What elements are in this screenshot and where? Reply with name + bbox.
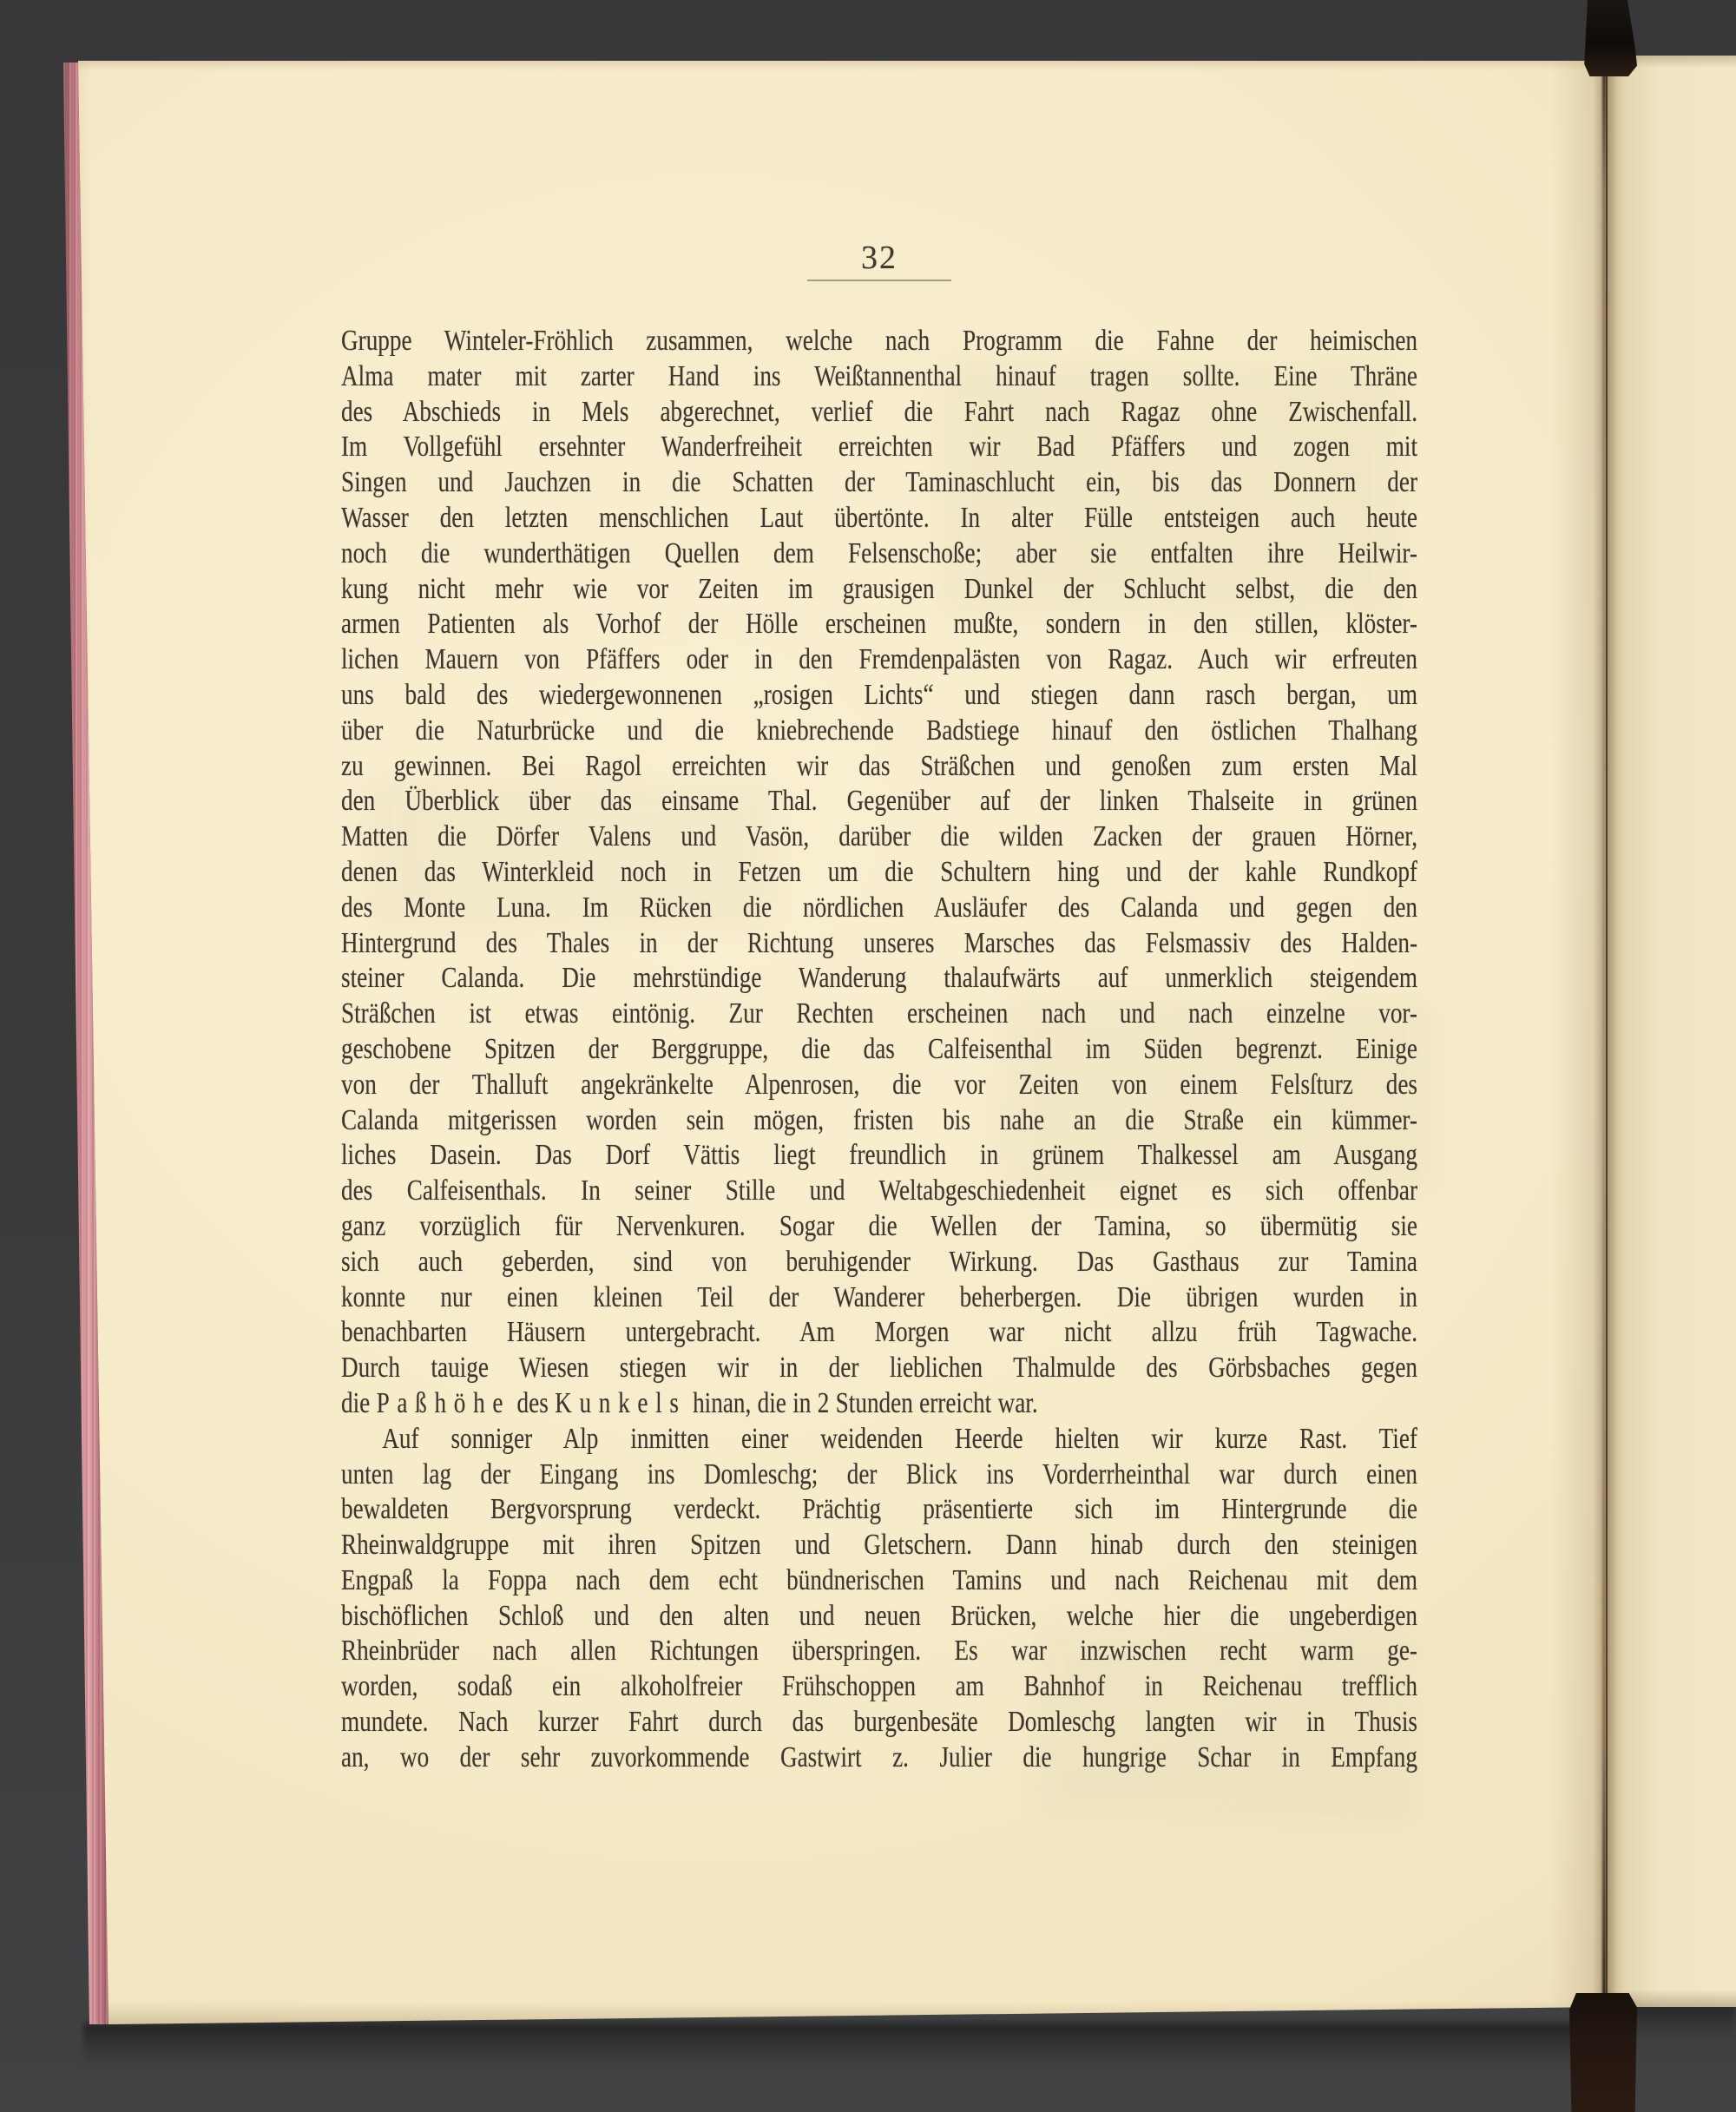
text-segment: hinan, die in 2 Stunden erreicht war. (687, 1387, 1038, 1419)
text-line: Singen und Jauchzen in die Schatten der … (341, 465, 1417, 501)
text-line: Hintergrund des Thales in der Richtung u… (341, 926, 1417, 962)
text-line: des Monte Luna. Im Rücken die nördlichen… (341, 891, 1417, 926)
book-page: 32 Gruppe Winteler-Fröhlich zusammen, we… (63, 61, 1606, 2024)
text-line: an, wo der sehr zuvorkommende Gastwirt z… (341, 1740, 1417, 1776)
text-line: Rheinbrüder nach allen Richtungen übersp… (341, 1634, 1417, 1669)
page-number: 32 (341, 241, 1417, 274)
text-line: noch die wunderthätigen Quellen dem Fels… (341, 536, 1417, 572)
text-line: konnte nur einen kleinen Teil der Wander… (341, 1280, 1417, 1316)
text-line: liches Dasein. Das Dorf Vättis liegt fre… (341, 1138, 1417, 1174)
text-line: Wasser den letzten menschlichen Laut übe… (341, 501, 1417, 536)
text-line: benachbarten Häusern untergebracht. Am M… (341, 1315, 1417, 1351)
text-line: Durch tauige Wiesen stiegen wir in der l… (341, 1351, 1417, 1386)
text-line: denen das Winterkleid noch in Fetzen um … (341, 855, 1417, 891)
text-segment: des (510, 1387, 555, 1419)
text-line: über die Naturbrücke und die kniebrechen… (341, 714, 1417, 749)
spaced-word: Kunkels (555, 1387, 687, 1419)
text-line: Im Vollgefühl ersehnter Wanderfreiheit e… (341, 430, 1417, 465)
text-line: die Paßhöhe des Kunkels hinan, die in 2 … (341, 1386, 1417, 1422)
text-line: sich auch geberden, sind von beruhigende… (341, 1245, 1417, 1280)
text-line: des Abschieds in Mels abgerechnet, verli… (341, 395, 1417, 431)
bookmark-ribbon-top (1583, 0, 1637, 76)
text-line: unten lag der Eingang ins Domleschg; der… (341, 1457, 1417, 1493)
spaced-word: Paßhöhe (377, 1387, 511, 1419)
text-line: mundete. Nach kurzer Fahrt durch das bur… (341, 1705, 1417, 1740)
text-line: worden, sodaß ein alkoholfreier Frühscho… (341, 1669, 1417, 1705)
text-line: von der Thalluft angekränkelte Alpenrose… (341, 1068, 1417, 1103)
page-bottom-shadow (83, 2023, 1606, 2068)
text-line: Auf sonniger Alp inmitten einer weidende… (341, 1422, 1417, 1457)
text-line: Engpaß la Foppa nach dem echt bündnerisc… (341, 1563, 1417, 1599)
text-line: Sträßchen ist etwas eintönig. Zur Rechte… (341, 997, 1417, 1032)
page-number-rule (807, 280, 951, 281)
text-line: lichen Mauern von Pfäffers oder in den F… (341, 642, 1417, 678)
text-block: Gruppe Winteler-Fröhlich zusammen, welch… (341, 324, 1417, 1776)
text-line: Gruppe Winteler-Fröhlich zusammen, welch… (341, 324, 1417, 359)
text-line: steiner Calanda. Die mehrstündige Wander… (341, 961, 1417, 997)
text-line: zu gewinnen. Bei Ragol erreichten wir da… (341, 749, 1417, 785)
text-line: geschobene Spitzen der Berggruppe, die d… (341, 1032, 1417, 1068)
book-gutter-crease (1602, 56, 1606, 2007)
bookmark-ribbon-bottom (1569, 1993, 1637, 2112)
text-line: uns bald des wiedergewonnenen „rosigen L… (341, 678, 1417, 714)
text-line: bewaldeten Bergvorsprung verdeckt. Präch… (341, 1492, 1417, 1528)
text-line: Matten die Dörfer Valens und Vasön, darü… (341, 819, 1417, 855)
text-line: armen Patienten als Vorhof der Hölle ers… (341, 607, 1417, 642)
text-line: den Überblick über das einsame Thal. Geg… (341, 784, 1417, 819)
text-line: kung nicht mehr wie vor Zeiten im grausi… (341, 572, 1417, 608)
text-segment: die (341, 1387, 377, 1419)
text-line: bischöflichen Schloß und den alten und n… (341, 1599, 1417, 1635)
text-line: ganz vorzüglich für Nervenkuren. Sogar d… (341, 1209, 1417, 1245)
text-line: Alma mater mit zarter Hand ins Weißtanne… (341, 359, 1417, 395)
text-line: des Calfeisenthals. In seiner Stille und… (341, 1174, 1417, 1209)
text-line: Calanda mitgerissen worden sein mögen, f… (341, 1103, 1417, 1139)
text-line: Rheinwaldgruppe mit ihren Spitzen und Gl… (341, 1528, 1417, 1563)
next-page-sliver (1608, 56, 1736, 2007)
page-header: 32 (341, 241, 1417, 281)
book-photo: 32 Gruppe Winteler-Fröhlich zusammen, we… (0, 0, 1736, 2112)
